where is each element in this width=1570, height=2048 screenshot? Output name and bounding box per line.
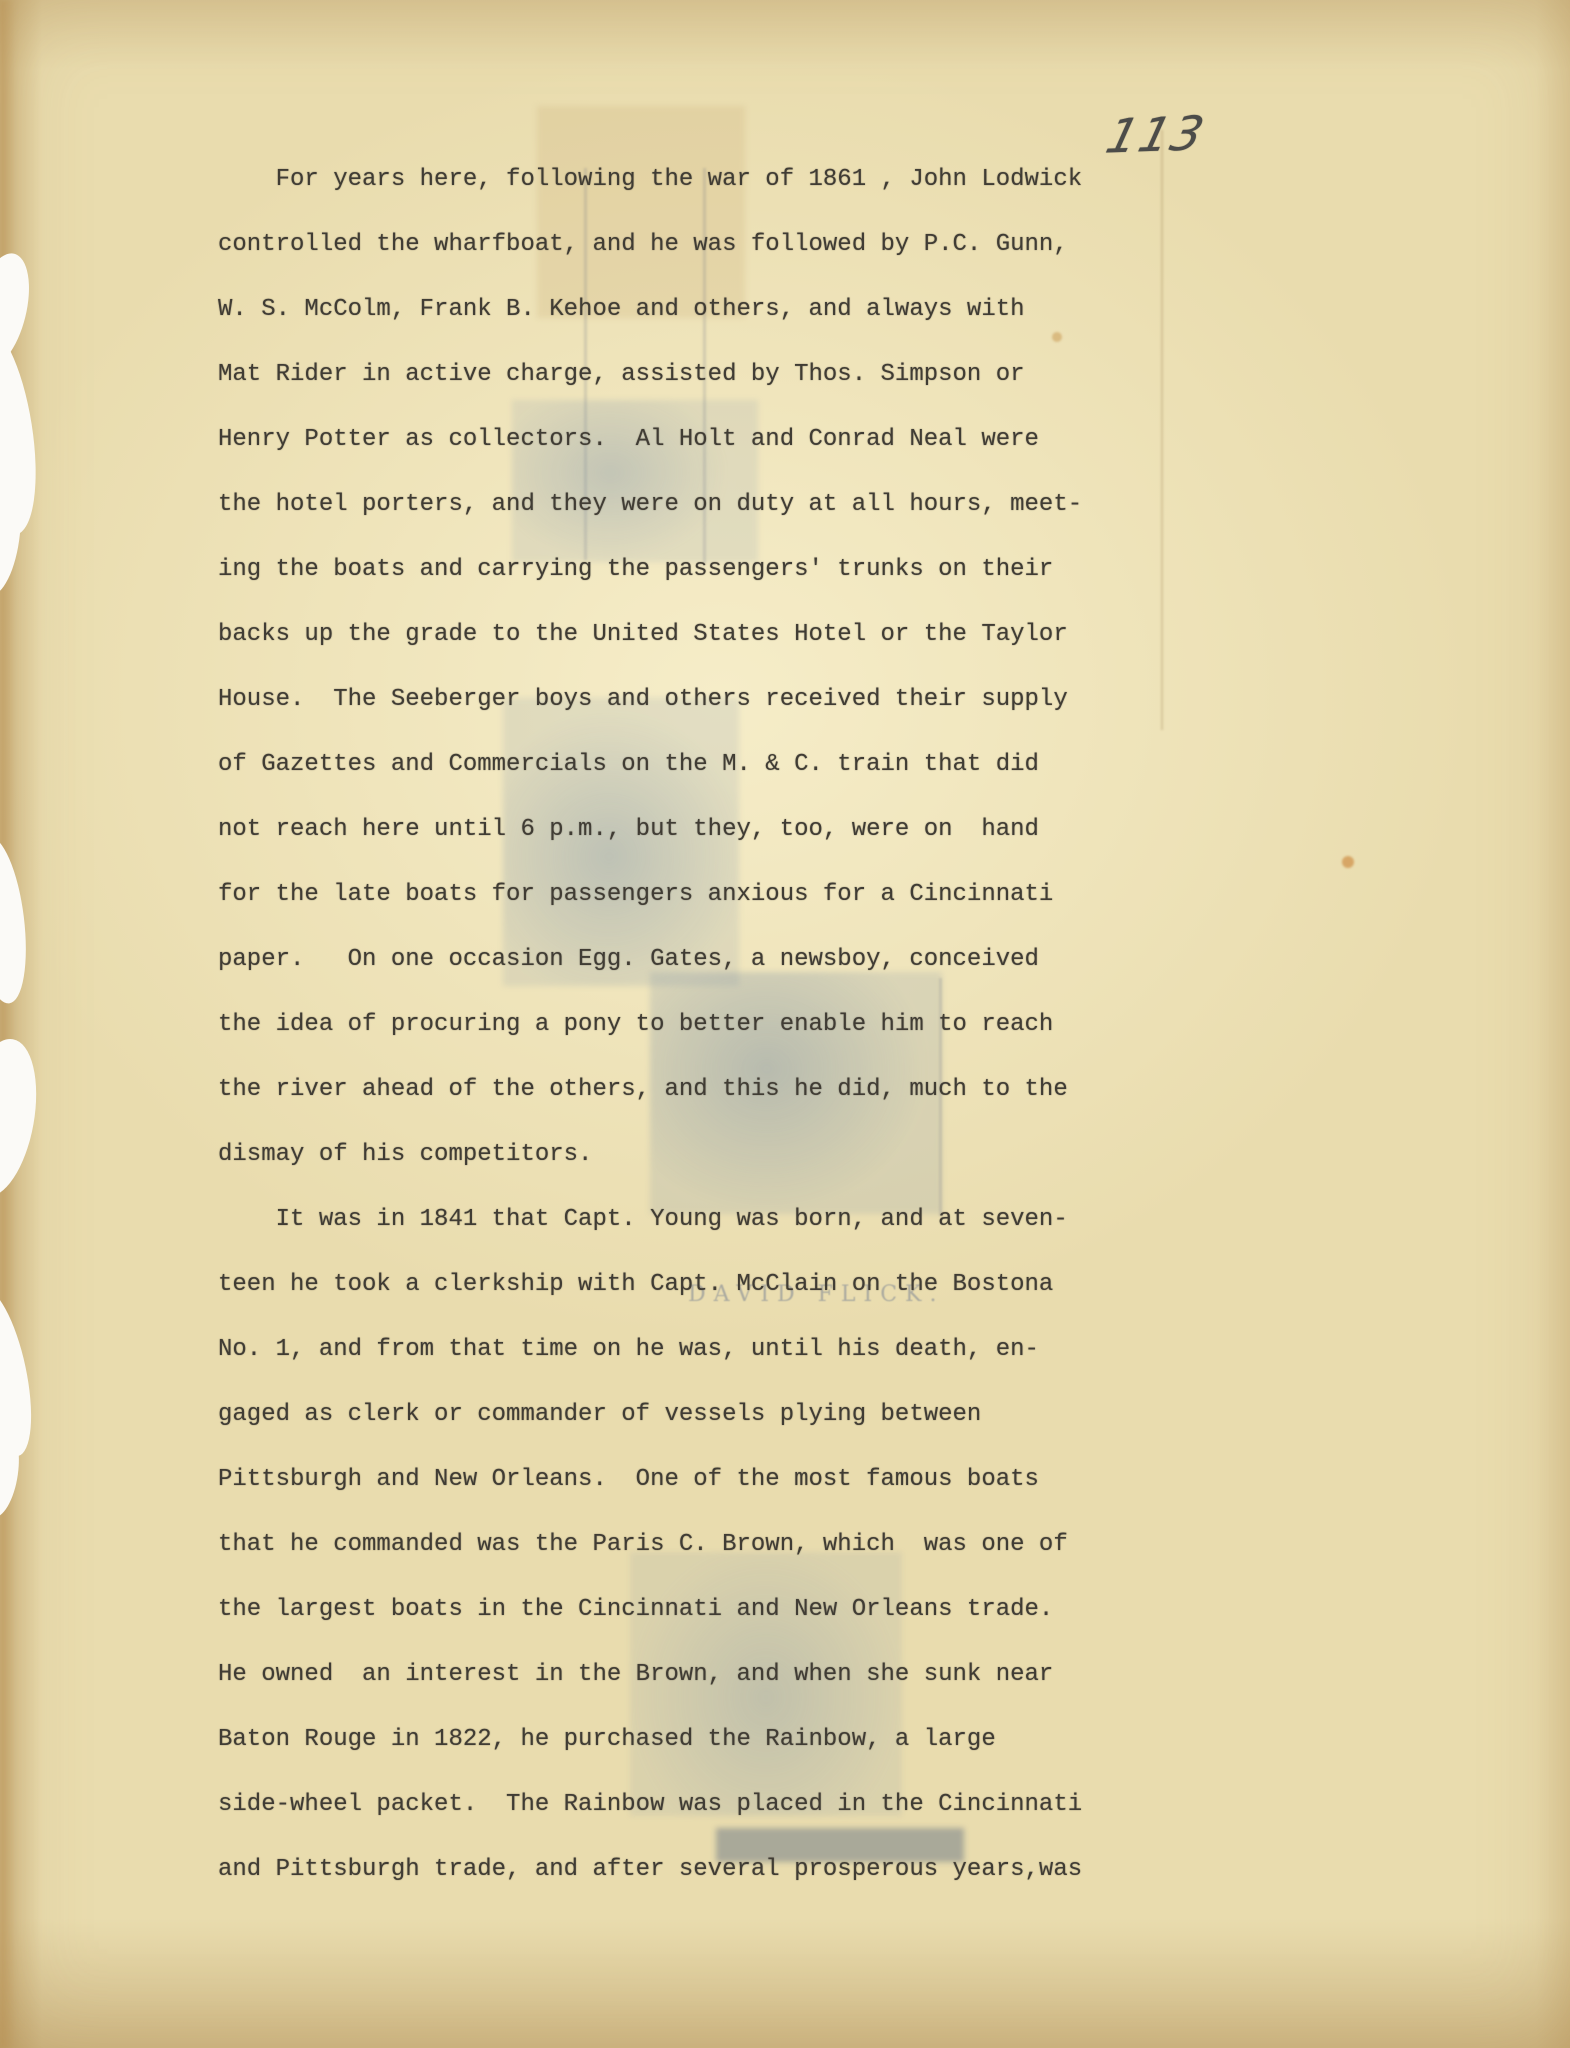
typed-line: W. S. McColm, Frank B. Kehoe and others,… [218, 277, 1398, 342]
typed-line: Mat Rider in active charge, assisted by … [218, 342, 1398, 407]
typed-line: No. 1, and from that time on he was, unt… [218, 1317, 1398, 1382]
typed-line: ing the boats and carrying the passenger… [218, 537, 1398, 602]
typed-line: and Pittsburgh trade, and after several … [218, 1837, 1398, 1902]
typed-line: the largest boats in the Cincinnati and … [218, 1577, 1398, 1642]
typed-line: For years here, following the war of 186… [218, 147, 1398, 212]
typed-line: paper. On one occasion Egg. Gates, a new… [218, 927, 1398, 992]
typed-line: controlled the wharfboat, and he was fol… [218, 212, 1398, 277]
typed-line: not reach here until 6 p.m., but they, t… [218, 797, 1398, 862]
typed-line: House. The Seeberger boys and others rec… [218, 667, 1398, 732]
typed-line: side-wheel packet. The Rainbow was place… [218, 1772, 1398, 1837]
typed-line: Pittsburgh and New Orleans. One of the m… [218, 1447, 1398, 1512]
torn-edge [0, 834, 34, 1007]
typed-line: backs up the grade to the United States … [218, 602, 1398, 667]
typed-line: for the late boats for passengers anxiou… [218, 862, 1398, 927]
typed-line: gaged as clerk or commander of vessels p… [218, 1382, 1398, 1447]
manuscript-page: DAVID FLICK. 113 For years here, followi… [0, 0, 1570, 2048]
typed-line: the hotel porters, and they were on duty… [218, 472, 1398, 537]
typed-line: that he commanded was the Paris C. Brown… [218, 1512, 1398, 1577]
typed-line: dismay of his competitors. [218, 1122, 1398, 1187]
typed-line: Henry Potter as collectors. Al Holt and … [218, 407, 1398, 472]
typed-line: It was in 1841 that Capt. Young was born… [218, 1187, 1398, 1252]
typed-text-block: For years here, following the war of 186… [218, 147, 1398, 1902]
typed-line: teen he took a clerkship with Capt. McCl… [218, 1252, 1398, 1317]
typed-line: the idea of procuring a pony to better e… [218, 992, 1398, 1057]
typed-line: the river ahead of the others, and this … [218, 1057, 1398, 1122]
torn-edge [0, 1033, 47, 1203]
typed-line: Baton Rouge in 1822, he purchased the Ra… [218, 1707, 1398, 1772]
typed-line: He owned an interest in the Brown, and w… [218, 1642, 1398, 1707]
typed-line: of Gazettes and Commercials on the M. & … [218, 732, 1398, 797]
